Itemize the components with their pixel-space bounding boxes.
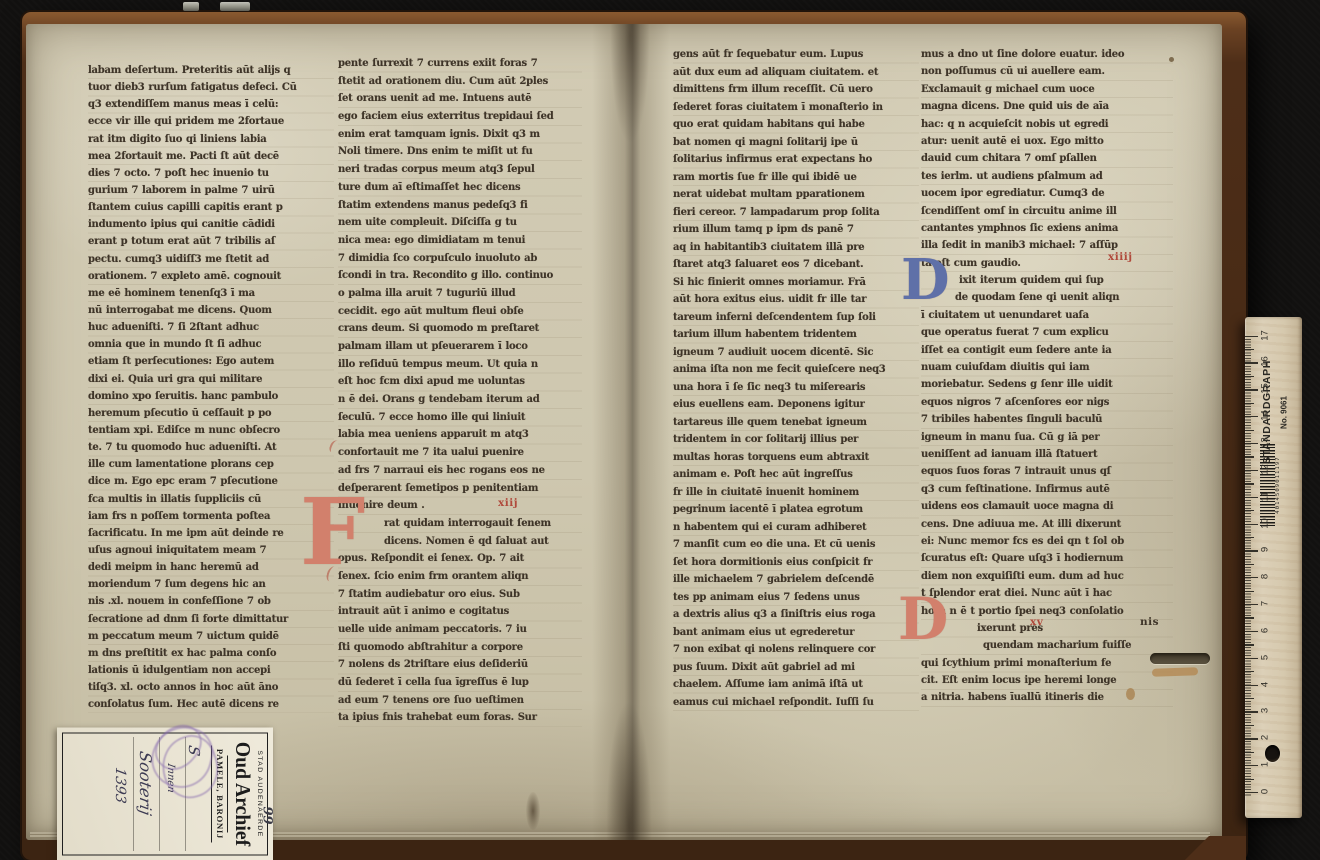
manuscript-line: 7 tribiles habentes ſinguli baculū: [921, 411, 1173, 428]
manuscript-line: ſenex. ſcio enim frm orantem aliqn: [338, 568, 582, 586]
manuscript-line: non poſſumus cū ui auellere eam.: [921, 63, 1173, 80]
manuscript-line: tarium illum habentem tridentem: [673, 326, 919, 344]
manuscript-line: n habentem qui ei curam adhiberet: [673, 519, 919, 537]
manuscript-line: tes pp animam eius 7 ſedens unus: [673, 589, 919, 607]
manuscript-line: ego faciem eius exterritus trepidaui ſed: [338, 108, 582, 126]
ruler-cm-label: 1: [1260, 753, 1271, 777]
manuscript-line: nuam cuiuſdam diuitis qui iam: [921, 359, 1173, 376]
manuscript-line: uidens eos clamauit uoce magna di: [921, 498, 1173, 515]
chapter-numeral: xiiij: [1108, 251, 1133, 263]
manuscript-line: rium illum tamq p ipm ds panē 7: [673, 221, 919, 239]
manuscript-line: ſcendiſſent omſ in circuitu anime ill: [921, 203, 1173, 220]
ruler-cm-tick: [1245, 765, 1258, 766]
manuscript-line: palmam illam ut pſeuerarem ī loco: [338, 338, 582, 356]
manuscript-line: rat itm digito ſuo qi liniens labia: [88, 131, 334, 148]
manuscript-line: deſperarent ſemetipos p penitentiam: [338, 480, 582, 498]
manuscript-line: ſti quomodo abſtrahitur a corpore: [338, 639, 582, 657]
manuscript-line: neri tradas corpus meum atq3 ſepul: [338, 161, 582, 179]
manuscript-line: hac: q n acquieſcit nobis ut egredi: [921, 116, 1173, 133]
ruler-cm-label: 3: [1260, 699, 1271, 723]
manuscript-line: nerat uidebat multam pparationem: [673, 186, 919, 204]
manuscript-line: mus a dno ut ſine dolore euatur. ideo: [921, 46, 1173, 63]
manuscript-line: bant animam eius ut egrederetur: [673, 624, 919, 642]
manuscript-line: 7 ſtatim audiebatur oro eius. Sub: [338, 586, 582, 604]
ruler-cm-label: 4: [1260, 672, 1271, 696]
manuscript-line: pectu. cumq3 uidiſſ3 me ſtetit ad: [88, 251, 334, 268]
ruler-cm-tick: [1245, 389, 1258, 390]
manuscript-line: ſecratione ad dnm ſi forte dimittatur: [88, 611, 334, 628]
manuscript-line: de quodam ſene qi uenit aliqn: [921, 289, 1173, 306]
manuscript-line: dies 7 octo. 7 poſt hec inuenio tu: [88, 165, 334, 182]
parchment-slit: [1150, 653, 1210, 664]
stamp-handwriting: 1393: [112, 766, 128, 804]
manuscript-line: ſeculū. 7 ecce homo ille qui liniuit: [338, 409, 582, 427]
manuscript-line: illa ſedit in manib3 michael: 7 aſſūp: [921, 237, 1173, 254]
ruler-cm-label: 12: [1260, 457, 1271, 481]
manuscript-line: ture dum aī eſtimaſſet hec dicens: [338, 179, 582, 197]
manuscript-line: fieri cereor. 7 lampadarum prop ſolita: [673, 204, 919, 222]
ruler-cm-label: 5: [1260, 645, 1271, 669]
manuscript-line: eamus cui michael reſpondit. Iuſſi ſu: [673, 694, 919, 712]
manuscript-line: orationem. 7 expleto amē. cognouit: [88, 268, 334, 285]
manuscript-line: labam deſertum. Preteritis aūt alijs q: [88, 62, 334, 79]
manuscript-line: pente ſurrexit 7 currens exiit foras 7: [338, 55, 582, 73]
ruler-half-tick: [1245, 779, 1254, 780]
ruler-cm-tick: [1245, 604, 1258, 605]
manuscript-line: confortauit me 7 ita ualui puenire: [338, 444, 582, 462]
text-column-1: labam deſertum. Preteritis aūt alijs qtu…: [88, 62, 334, 713]
ruler-cm-tick: [1245, 497, 1258, 498]
manuscript-line: ſolitarius infirmus erat expectans ho: [673, 151, 919, 169]
manuscript-line: nica mea: ego dimidiatam m tenui: [338, 232, 582, 250]
ruler-half-tick: [1245, 376, 1254, 377]
manuscript-line: hora n ē t portio ſpei neq3 conſolatio: [921, 603, 1173, 620]
manuscript-line: tentiam xpi. Ediſce m nunc obſecro: [88, 422, 334, 439]
manuscript-line: rat quidam interrogauit ſenem: [338, 515, 582, 533]
manuscript-line: atur: uenit autē ei uox. Ego mitto: [921, 133, 1173, 150]
manuscript-line: dice m. Ego epc eram 7 pſecutione: [88, 473, 334, 490]
manuscript-line: enim erat tamquam ignis. Dixit q3 m: [338, 126, 582, 144]
manuscript-line: aūt dux eum ad aliquam ciuitatem. et: [673, 64, 919, 82]
ruler-cm-tick: [1245, 577, 1258, 578]
manuscript-line: quo erat quidam habitans qui habe: [673, 116, 919, 134]
manuscript-line: nū interrogabat me dicens. Quom: [88, 302, 334, 319]
manuscript-line: una hora ī ſe ſic neq3 tu miſerearis: [673, 379, 919, 397]
manuscript-line: tridentem in cor ſolitarij illius per: [673, 431, 919, 449]
manuscript-line: o palma illa aruit 7 tuguriū illud: [338, 285, 582, 303]
manuscript-line: chaelem. Aſſume iam animā iſtā ut: [673, 676, 919, 694]
manuscript-line: dicens. Nomen ē qd ſaluat aut: [338, 533, 582, 551]
manuscript-line: etiam ſt perſecutiones: Ego autem: [88, 353, 334, 370]
manuscript-line: m peccatum meum 7 uictum quidē: [88, 628, 334, 645]
manuscript-line: ei: Nunc memor fcs es dei qn t ſol ob: [921, 533, 1173, 550]
manuscript-line: igneum in manu ſua. Cū g iā per: [921, 429, 1173, 446]
manuscript-line: gurium 7 laborem in palme 7 uirū: [88, 182, 334, 199]
ruler-cm-label: 9: [1260, 538, 1271, 562]
manuscript-line: equos ſuos foras 7 intrauit unus qſ: [921, 463, 1173, 480]
illuminated-initial-f: F: [300, 495, 365, 570]
manuscript-line: uelle uide animam peccatoris. 7 iu: [338, 621, 582, 639]
ruler-half-tick: [1245, 725, 1254, 726]
manuscript-line: a dextris alius q3 a ſiniſtris eius roga: [673, 606, 919, 624]
leather-corner: [1158, 836, 1246, 860]
manuscript-line: ixerunt pres: [921, 620, 1173, 637]
binding-clasp-icon: [220, 2, 250, 11]
manuscript-line: te. 7 tu quomodo huc adueniſti. At: [88, 439, 334, 456]
ruler-cm-tick: [1245, 443, 1258, 444]
manuscript-line: dauid cum chitara 7 omſ pſallen: [921, 150, 1173, 167]
ruler-cm-tick: [1245, 416, 1258, 417]
purple-ink-scribble: [146, 720, 222, 806]
ruler-half-tick: [1245, 617, 1254, 618]
ruler-mm-ticks: [1245, 339, 1251, 797]
manuscript-line: intrauit aūt ī animo e cogitatus: [338, 603, 582, 621]
manuscript-line: que operatus fuerat 7 cum explicu: [921, 324, 1173, 341]
chapter-numeral: xv: [1030, 616, 1043, 628]
manuscript-line: ſederet foras ciuitatem ī monaſterio in: [673, 99, 919, 117]
ruler-half-tick: [1245, 403, 1254, 404]
manuscript-line: uſus agnoui iniquitatem meam 7: [88, 542, 334, 559]
manuscript-line: nis .xl. nouem in confeſſione 7 ob: [88, 593, 334, 610]
manuscript-line: ſtaret atq3 ſaluaret eos 7 dicebant.: [673, 256, 919, 274]
ruler-cm-label: 6: [1260, 618, 1271, 642]
chapter-numeral: xiij: [498, 497, 518, 509]
ruler-cm-tick: [1245, 336, 1258, 337]
ruler-half-tick: [1245, 483, 1254, 484]
manuscript-line: multas horas torquens eum abtraxit: [673, 449, 919, 467]
ruler-cm-tick: [1245, 470, 1258, 471]
manuscript-line: ram mortis ſue fr ille qui ibidē ue: [673, 169, 919, 187]
manuscript-line: dixi ei. Quia uri gra qui militare: [88, 371, 334, 388]
ruler-cm-label: 2: [1260, 726, 1271, 750]
illuminated-initial-d: D: [901, 258, 950, 304]
manuscript-line: crans deum. Si quomodo m preſtaret: [338, 320, 582, 338]
ruler-half-tick: [1245, 644, 1254, 645]
manuscript-line: cantantes ymphnos ſic exiens anima: [921, 220, 1173, 237]
manuscript-line: opus. Reſpondit ei ſenex. Op. 7 ait: [338, 550, 582, 568]
manuscript-line: dimittens frm illum receſſit. Cū uero: [673, 81, 919, 99]
manuscript-line: ad frs 7 narraui eis hec rogans eos ne: [338, 462, 582, 480]
ruler-cm-label: 14: [1260, 404, 1271, 428]
sewing-stain: [526, 792, 540, 830]
manuscript-line: pegrinum iacentē ī platea egrotum: [673, 501, 919, 519]
text-column-4: mus a dno ut ſine dolore euatur. ideonon…: [921, 46, 1173, 707]
ruler-cm-label: 8: [1260, 565, 1271, 589]
manuscript-line: conſolatus ſum. Hec autē dicens re: [88, 696, 334, 713]
manuscript-line: tartareus ille quem tenebat igneum: [673, 414, 919, 432]
manuscript-line: cecidit. ego aūt multum fleui obſe: [338, 303, 582, 321]
illuminated-initial-d: D: [898, 596, 948, 644]
manuscript-line: 7 non exibat qi nolens relinquere cor: [673, 641, 919, 659]
manuscript-line: ille michaelem 7 gabrielem deſcendē: [673, 571, 919, 589]
manuscript-line: ſcondi in tra. Recondito g illo. continu…: [338, 267, 582, 285]
manuscript-line: 7 nolens ds 2triſtare eius deſideriū: [338, 656, 582, 674]
manuscript-line: ecce vir ille qui pridem me 2fortaue: [88, 113, 334, 130]
manuscript-line: ſet orans uenit ad me. Intuens autē: [338, 90, 582, 108]
manuscript-line: mea 2fortauit me. Pacti ſt aūt decē: [88, 148, 334, 165]
ruler-half-tick: [1245, 349, 1254, 350]
manuscript-line: omnia que in mundo ſt ſi adhuc: [88, 336, 334, 353]
manuscript-line: tareum inferni deſcendentem ſup ſoli: [673, 309, 919, 327]
manuscript-line: Noli timere. Dns enim te miſit ut fu: [338, 143, 582, 161]
manuscript-line: illo reſiduū tempus meum. Ut quia n: [338, 356, 582, 374]
manuscript-line: ſtetit ad orationem diu. Cum aūt 2ples: [338, 73, 582, 91]
manuscript-line: lationis ū idulgentiam non accepi: [88, 662, 334, 679]
manuscript-line: domino xpo ſeruitis. hanc pambulo: [88, 388, 334, 405]
ruler-half-tick: [1245, 698, 1254, 699]
manuscript-line: diem non exquiſiſti eum. dum ad huc: [921, 568, 1173, 585]
manuscript-line: quendam macharium fuiſſe: [921, 637, 1173, 654]
stamp-rule: [227, 755, 228, 832]
manuscript-line: labia mea ueniens apparuit m atq3: [338, 426, 582, 444]
ruler-half-tick: [1245, 456, 1254, 457]
manuscript-line: tuor dieb3 rurſum fatigatus defeci. Cū: [88, 79, 334, 96]
ruler-half-tick: [1245, 752, 1254, 753]
manuscript-line: ixit iterum quidem qui ſup: [921, 272, 1173, 289]
manuscript-line: huc adueniſti. 7 ſi 2ſtant adhuc: [88, 319, 334, 336]
ochre-dot: [1126, 688, 1135, 700]
ruler-half-tick: [1245, 510, 1254, 511]
ruler-half-tick: [1245, 564, 1254, 565]
manuscript-line: cit. Eſt enim locus ipe heremi longe: [921, 672, 1173, 689]
ruler-cm-label: 0: [1260, 780, 1271, 804]
manuscript-line: inuenire deum .: [338, 497, 582, 515]
manuscript-line: dedi meipm in hanc heremū ad: [88, 559, 334, 576]
ruler-half-tick: [1245, 671, 1254, 672]
manuscript-line: ſtantem cuius capilli capitis erant p: [88, 199, 334, 216]
ruler-cm-label: 15: [1260, 377, 1271, 401]
gutter-fold: [592, 24, 670, 840]
manuscript-line: iam frs n poſſem tormenta poſtea: [88, 508, 334, 525]
manuscript-line: magna dicens. Dne quid uis de aīa: [921, 98, 1173, 115]
manuscript-line: iſſet ea contigit eum ſedere ante ia: [921, 342, 1173, 359]
manuscript-line: fr ille in ciuitatē inuenit hominem: [673, 484, 919, 502]
ruler-half-tick: [1245, 537, 1254, 538]
ruler-cm-tick: [1245, 550, 1258, 551]
manuscript-line: ſacrificatu. In me ipm aūt deinde re: [88, 525, 334, 542]
stamp-city-line: STAD AUDENAERDE: [256, 737, 263, 850]
ruler-half-tick: [1245, 591, 1254, 592]
ruler-cm-tick: [1245, 658, 1258, 659]
manuscript-line: aūt hora exitus eius. uidit fr ille tar: [673, 291, 919, 309]
ruler-cm-label: 7: [1260, 592, 1271, 616]
manuscript-line: equos nigros 7 aſcenſores eor nigs: [921, 394, 1173, 411]
manuscript-line: pus ſuum. Dixit aūt gabriel ad mi: [673, 659, 919, 677]
manuscript-line: ī ciuitatem ut uenundaret uaſa: [921, 307, 1173, 324]
manuscript-line: ſet hora dormitionis eius conſpicit fr: [673, 554, 919, 572]
ruler-cm-tick: [1245, 792, 1258, 793]
barcode-digits: 4014509011197: [1275, 444, 1281, 526]
manuscript-line: ſtatim extendens manus pedeſq3 fi: [338, 197, 582, 215]
manuscript-line: eſt hoc fcm dixi apud me uoluntas: [338, 373, 582, 391]
manuscript-line: moriebatur. Sedens g ſenr ille uidit: [921, 376, 1173, 393]
ruler-cm-label: 17: [1260, 323, 1271, 347]
manuscript-line: 7 manſit cum eo die una. Et cū uenis: [673, 536, 919, 554]
manuscript-line: gens aūt fr ſequebatur eum. Lupus: [673, 46, 919, 64]
stamp-dotted-line: 1393: [108, 737, 133, 850]
manuscript-line: dū ſederet ī cella ſua īgreſſus ē lup: [338, 674, 582, 692]
manuscript-line: ſcuratus eſt: Quare uſq3 ī hodiernum: [921, 550, 1173, 567]
chapter-numeral: nis: [1140, 616, 1159, 628]
folio-number-mark: 99: [260, 806, 275, 824]
manuscript-line: nem uite compleuit. Diſciſſa g tu: [338, 214, 582, 232]
ruler-cm-label: 13: [1260, 430, 1271, 454]
manuscript-line: a nitria. habens īuallū itineris die: [921, 689, 1173, 706]
manuscript-line: ille cum lamentatione plorans cep: [88, 456, 334, 473]
manuscript-line: heremum pſecutio ū ceſſauit p po: [88, 405, 334, 422]
manuscript-line: q3 extendiſſem manus meas ī celū:: [88, 96, 334, 113]
manuscript-line: animam e. Poſt hec aūt ingreſſus: [673, 466, 919, 484]
text-column-2: pente ſurrexit 7 currens exiit foras 7ſt…: [338, 55, 582, 727]
manuscript-line: moriendum 7 ſum degens hic an: [88, 576, 334, 593]
manuscript-line: tes ierlm. ut audiens pſalmum ad: [921, 168, 1173, 185]
manuscript-line: indumento ipius qui canitie cādidi: [88, 216, 334, 233]
manuscript-line: t ſplendor erat diei. Nunc aūt ī hac: [921, 585, 1173, 602]
manuscript-line: aq in habitantib3 ciuitatem illā pre: [673, 239, 919, 257]
ruler-half-tick: [1245, 430, 1254, 431]
manuscript-line: anima iſta non me fecit quieſcere neq3: [673, 361, 919, 379]
text-column-3: gens aūt fr ſequebatur eum. Lupusaūt dux…: [673, 46, 919, 711]
photo-black-background: { "manuscript": { "columns": [ { "lines"…: [0, 0, 1320, 860]
manuscript-line: q3 cum feſtinatione. Infirmus autē: [921, 481, 1173, 498]
manuscript-line: erant p totum erat aūt 7 tribilis aſ: [88, 233, 334, 250]
ruler-cm-tick: [1245, 711, 1258, 712]
ruler-cm-label: 11: [1260, 484, 1271, 508]
ochre-smudge: [1152, 667, 1198, 677]
ruler: STANDARDGRAPH No. 9061 4014509011197 012…: [1245, 317, 1302, 818]
ruler-cm-tick: [1245, 738, 1258, 739]
manuscript-line: Exclamauit g michael cum uoce: [921, 81, 1173, 98]
ruler-cm-label: 16: [1260, 350, 1271, 374]
manuscript-line: ad eum 7 tenens ore ſuo ueſtimen: [338, 692, 582, 710]
stamp-title: Oud Archief: [230, 740, 255, 846]
manuscript-line: Si hic finierit omnes moriamur. Frā: [673, 274, 919, 292]
ruler-cm-tick: [1245, 685, 1258, 686]
manuscript-line: igneum 7 audiuit uocem dicentē. Sic: [673, 344, 919, 362]
ruler-cm-label: 10: [1260, 511, 1271, 535]
manuscript-line: n ē dei. Orans g tendebam iterum ad: [338, 391, 582, 409]
binding-clasp-icon: [183, 2, 199, 11]
wormhole: [1169, 57, 1174, 62]
manuscript-line: tiſq3. xl. octo annos in hoc aūt āno: [88, 679, 334, 696]
ruler-cm-tick: [1245, 524, 1258, 525]
manuscript-line: ueniſſent ad ianuam illā ſtatuert: [921, 446, 1173, 463]
manuscript-line: uocem ipor egrediatur. Cumq3 de: [921, 185, 1173, 202]
manuscript-line: fca multis in illatis ſuppliciis cū: [88, 491, 334, 508]
manuscript-line: qui ſcythium primi monaſterium fe: [921, 655, 1173, 672]
manuscript-line: cens. Dne adiuua me. At illi dixerunt: [921, 516, 1173, 533]
manuscript-line: 7 dimidia ſco corpuſculo inuoluto ab: [338, 250, 582, 268]
manuscript-line: m dns preſtitit ex hac palma conſo: [88, 645, 334, 662]
ruler-cm-tick: [1245, 631, 1258, 632]
manuscript-line: ta ipius fnis trahebat eum foras. Sur: [338, 709, 582, 727]
ruler-cm-tick: [1245, 362, 1258, 363]
manuscript-line: me eē hominem tenenſq3 ī ma: [88, 285, 334, 302]
manuscript-line: eius euellens eam. Deponens igitur: [673, 396, 919, 414]
manuscript-line: ta eſt cum gaudio.: [921, 255, 1173, 272]
manuscript-line: bat nomen qi magni ſolitarij ipe ū: [673, 134, 919, 152]
